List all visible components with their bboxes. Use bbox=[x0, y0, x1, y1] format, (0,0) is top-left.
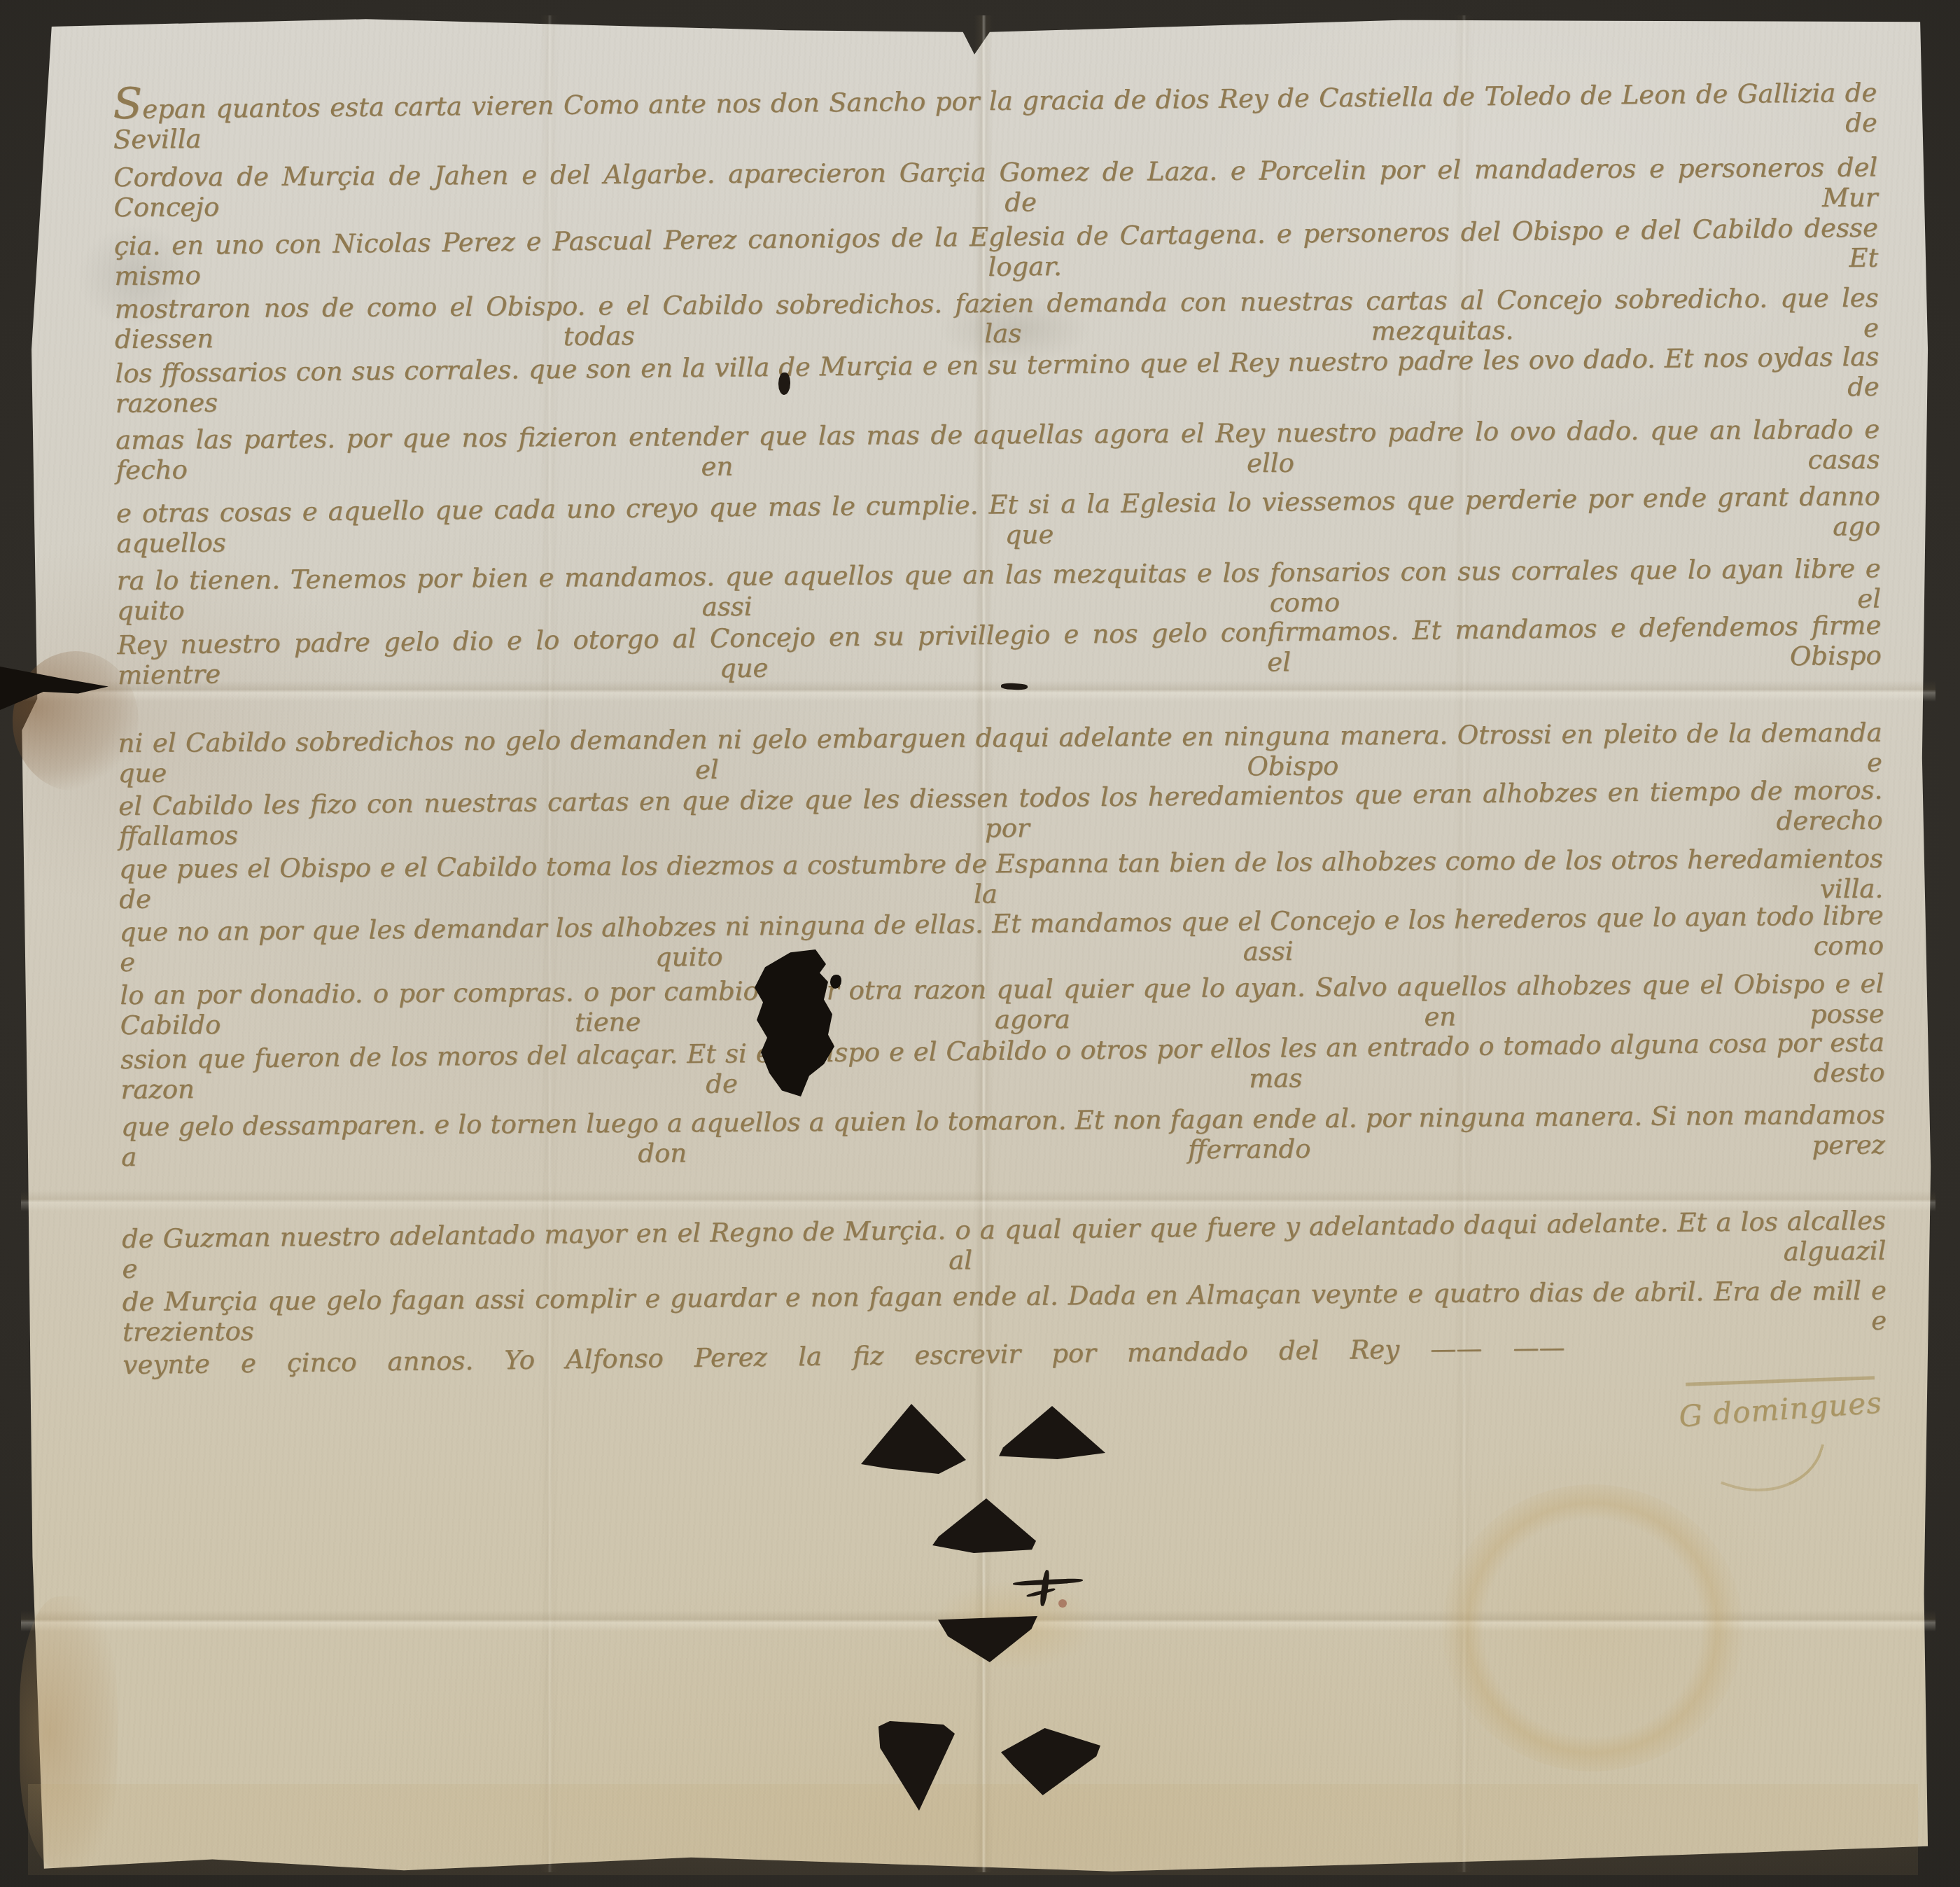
text-line: de Murçia que gelo fagan assi complir e … bbox=[122, 1276, 1886, 1322]
text-line: Cordova de Murçia de Jahen e del Algarbe… bbox=[113, 153, 1877, 198]
text-line: ra lo tienen. Tenemos por bien e mandamo… bbox=[117, 553, 1881, 601]
text-line: lo an por donadio. o por compras. o por … bbox=[120, 968, 1884, 1015]
text-line: amas las partes. por que nos fizieron en… bbox=[115, 415, 1879, 460]
text-line: de Guzman nuestro adelantado mayor en el… bbox=[122, 1206, 1886, 1259]
text-line: ni el Cabildo sobredichos no gelo demand… bbox=[118, 718, 1882, 763]
text-line: que pues el Obispo e el Cabildo toma los… bbox=[119, 844, 1883, 889]
manuscript-photo: Sepan quantos esta carta vieren Como ant… bbox=[0, 0, 1960, 1887]
text-line: e otras cosas e aquello que cada uno cre… bbox=[116, 481, 1880, 534]
charter-text: Sepan quantos esta carta vieren Como ant… bbox=[0, 0, 1960, 1887]
text-line: mostraron nos de como el Obispo. e el Ca… bbox=[114, 283, 1878, 329]
text-line: Sepan quantos esta carta vieren Como ant… bbox=[113, 73, 1877, 125]
text-line: que gelo dessamparen. e lo tornen luego … bbox=[121, 1099, 1885, 1147]
